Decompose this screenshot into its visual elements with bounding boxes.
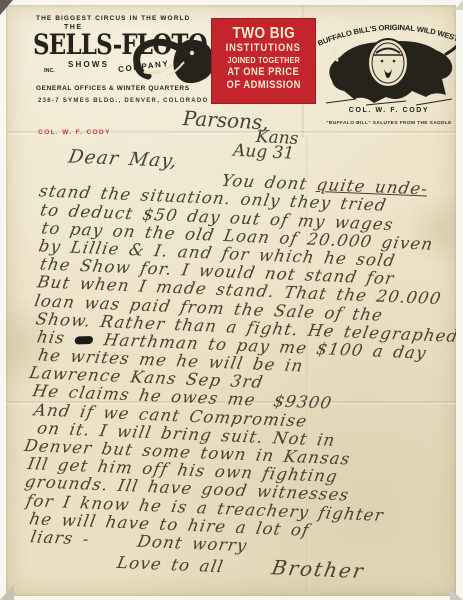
redbox-line-2: INSTITUTIONS: [226, 42, 301, 55]
cody-name-left: COL. W. F. CODY: [38, 129, 111, 136]
letter-body: Dear May,You dont quite unde-stand the s…: [16, 145, 456, 581]
photo-corner-artifact: [0, 0, 13, 15]
sells-floto-logo: THE SELLS-FLOTO SHOWS COMPANY INC.: [36, 24, 216, 84]
saddle-motto: "BUFFALO BILL" SALUTES FROM THE SADDLE: [314, 121, 456, 126]
logo-inc: INC.: [44, 68, 55, 74]
circus-tagline: THE BIGGEST CIRCUS IN THE WORLD: [36, 15, 216, 22]
redbox-line-4: AT ONE PRICE: [228, 66, 300, 79]
logo-shows: SHOWS: [68, 60, 109, 69]
ink-blot: [75, 336, 94, 344]
elephant-head-icon: [132, 32, 218, 90]
letter-paper: THE BIGGEST CIRCUS IN THE WORLD THE SELL…: [6, 5, 456, 596]
two-big-institutions-box: TWO BIG INSTITUTIONS JOINED TOGETHER AT …: [211, 18, 316, 104]
handwriting-text: Dear May,: [67, 147, 180, 172]
handwriting-text: liars -: [29, 527, 91, 548]
handwriting-text: Brother: [270, 556, 367, 584]
buffalo-cody-illustration: [316, 33, 456, 107]
redbox-line-3: JOINED TOGETHER: [227, 55, 300, 66]
photo-corner-artifact: [0, 584, 14, 600]
letter-photo: THE BIGGEST CIRCUS IN THE WORLD THE SELL…: [0, 0, 463, 600]
offices-line: GENERAL OFFICES & WINTER QUARTERS: [36, 85, 190, 92]
redbox-line-1: TWO BIG: [232, 25, 295, 42]
handwriting-text: Love to all: [116, 553, 226, 576]
cody-name-right: COL. W. F. CODY: [314, 107, 456, 114]
address-line: 236-7 SYMES BLDG., DENVER, COLORADO: [38, 98, 209, 104]
letterhead-left: THE BIGGEST CIRCUS IN THE WORLD THE SELL…: [36, 15, 216, 84]
photo-corner-artifact: [454, 0, 463, 10]
redbox-line-5: OF ADMISSION: [226, 79, 300, 92]
photo-corner-artifact: [450, 589, 463, 600]
